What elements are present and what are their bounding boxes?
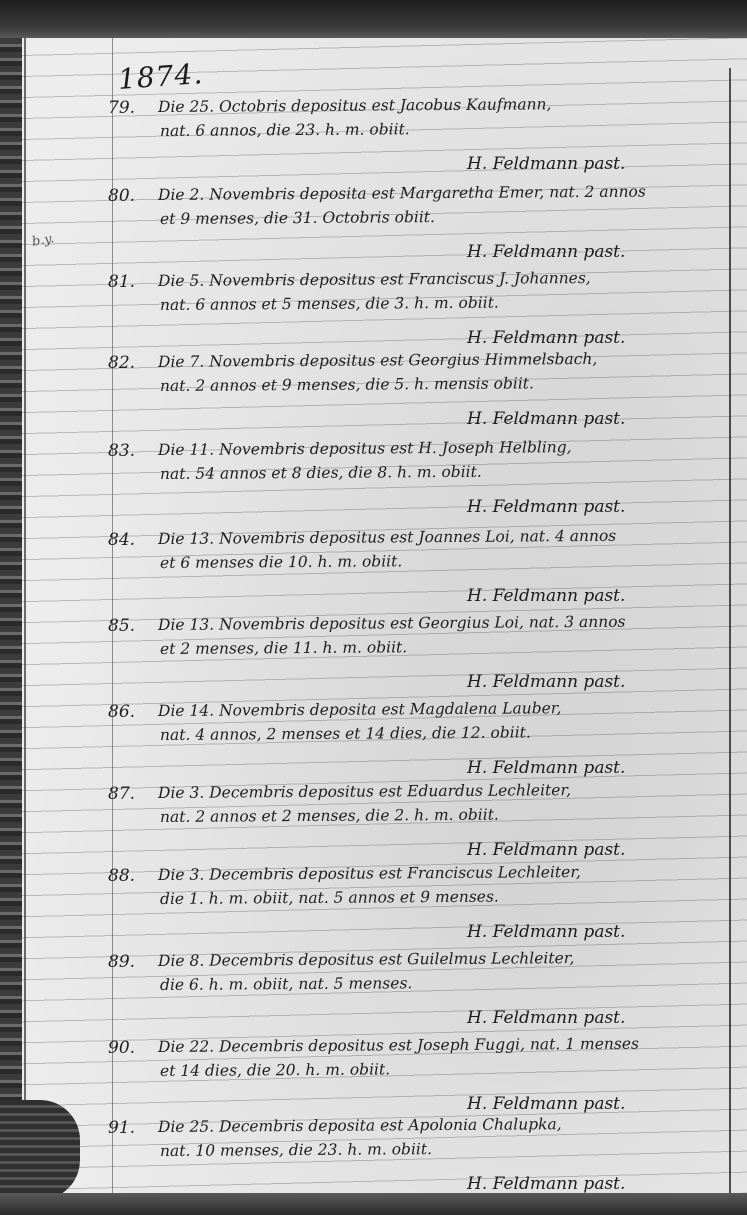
entry-line-1: Die 13. Novembris depositus est Georgius… xyxy=(158,613,626,634)
pastor-signature: H. Feldmann past. xyxy=(467,840,625,860)
entry-line-2: nat. 2 annos et 9 menses, die 5. h. mens… xyxy=(160,374,534,395)
pastor-signature: H. Feldmann past. xyxy=(467,672,625,692)
pastor-signature: H. Feldmann past. xyxy=(467,242,625,262)
entry-line-1: Die 3. Decembris depositus est Eduardus … xyxy=(158,781,571,802)
entry-number: 84. xyxy=(108,530,135,550)
entry-line-1: Die 14. Novembris deposita est Magdalena… xyxy=(158,699,562,720)
entry-number: 88. xyxy=(108,866,135,886)
entry-line-2: et 14 dies, die 20. h. m. obiit. xyxy=(160,1060,390,1080)
entry-line-1: Die 2. Novembris deposita est Margaretha… xyxy=(158,183,646,204)
entry-line-1: Die 25. Octobris depositus est Jacobus K… xyxy=(158,95,552,116)
entry-line-1: Die 8. Decembris depositus est Guilelmus… xyxy=(158,949,575,970)
page-year-heading: 1874. xyxy=(117,57,204,96)
entry-number: 82. xyxy=(108,353,135,373)
pastor-signature: H. Feldmann past. xyxy=(467,586,625,606)
entry-line-1: Die 5. Novembris depositus est Franciscu… xyxy=(158,269,591,290)
entry-line-2: nat. 4 annos, 2 menses et 14 dies, die 1… xyxy=(160,723,531,744)
scanner-top-border xyxy=(0,0,747,38)
entry-line-1: Die 13. Novembris depositus est Joannes … xyxy=(158,527,616,548)
entry-number: 89. xyxy=(108,952,135,972)
pastor-signature: H. Feldmann past. xyxy=(467,328,625,348)
entry-number: 90. xyxy=(108,1038,135,1058)
entry-line-1: Die 3. Decembris depositus est Franciscu… xyxy=(158,863,581,884)
entry-line-2: nat. 2 annos et 2 menses, die 2. h. m. o… xyxy=(160,806,499,826)
entry-number: 81. xyxy=(108,272,135,292)
pastor-signature: H. Feldmann past. xyxy=(467,497,625,517)
entry-line-2: et 2 menses, die 11. h. m. obiit. xyxy=(160,638,407,658)
pastor-signature: H. Feldmann past. xyxy=(467,409,625,429)
entry-number: 85. xyxy=(108,616,135,636)
pastor-signature: H. Feldmann past. xyxy=(467,154,625,174)
margin-note: b.y. xyxy=(31,231,55,250)
entry-line-2: et 6 menses die 10. h. m. obiit. xyxy=(160,552,402,572)
scanner-corner-shadow xyxy=(0,1100,80,1200)
entry-line-2: nat. 6 annos et 5 menses, die 3. h. m. o… xyxy=(160,294,499,314)
entry-number: 83. xyxy=(108,441,135,461)
entry-number: 79. xyxy=(108,98,135,118)
entry-line-1: Die 11. Novembris depositus est H. Josep… xyxy=(158,438,572,459)
pastor-signature: H. Feldmann past. xyxy=(467,922,625,942)
pastor-signature: H. Feldmann past. xyxy=(467,1094,625,1114)
pastor-signature: H. Feldmann past. xyxy=(467,1174,625,1194)
entry-number: 87. xyxy=(108,784,135,804)
entry-line-2: nat. 6 annos, die 23. h. m. obiit. xyxy=(160,120,410,140)
scanner-bottom-border xyxy=(0,1193,747,1215)
right-column-rule xyxy=(729,68,731,1193)
pastor-signature: H. Feldmann past. xyxy=(467,1008,625,1028)
entry-line-2: nat. 54 annos et 8 dies, die 8. h. m. ob… xyxy=(160,463,482,483)
entry-line-1: Die 22. Decembris depositus est Joseph F… xyxy=(158,1035,639,1056)
entry-line-2: die 6. h. m. obiit, nat. 5 menses. xyxy=(160,974,412,994)
entry-number: 80. xyxy=(108,186,135,206)
entry-line-1: Die 25. Decembris deposita est Apolonia … xyxy=(158,1115,562,1136)
register-page: b.y. 1874. 79. Die 25. Octobris depositu… xyxy=(22,38,747,1193)
left-edge-rule xyxy=(24,38,26,1193)
entry-line-2: nat. 10 menses, die 23. h. m. obiit. xyxy=(160,1140,432,1160)
entry-line-2: die 1. h. m. obiit, nat. 5 annos et 9 me… xyxy=(160,888,499,908)
entry-line-1: Die 7. Novembris depositus est Georgius … xyxy=(158,350,597,371)
entry-number: 91. xyxy=(108,1118,135,1138)
pastor-signature: H. Feldmann past. xyxy=(467,758,625,778)
scanner-binding-edge xyxy=(0,38,22,1215)
entry-line-2: et 9 menses, die 31. Octobris obiit. xyxy=(160,208,435,228)
entry-number: 86. xyxy=(108,702,135,722)
